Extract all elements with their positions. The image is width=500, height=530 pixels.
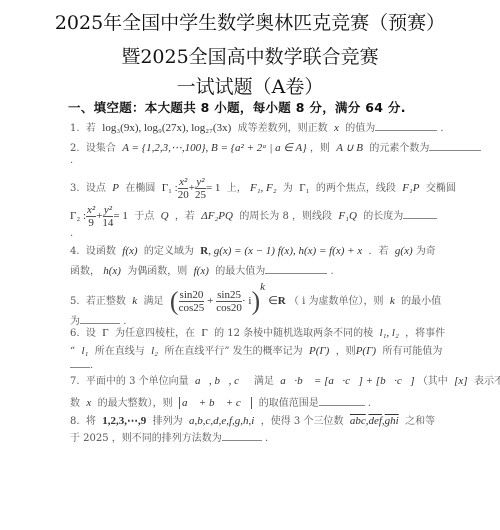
text: 的周长为 8 ，则线段 bbox=[239, 211, 332, 222]
problem-number: 2. bbox=[70, 143, 80, 154]
fraction: x²20 bbox=[178, 176, 189, 201]
math-expression: ∈ bbox=[268, 295, 278, 307]
problem-number: 8. bbox=[70, 416, 80, 427]
problem-number: 6. bbox=[70, 328, 80, 339]
problem-8-line2: 于 2025 ，则不同的排列方法数为 . bbox=[70, 429, 268, 444]
text: 上， bbox=[227, 183, 247, 194]
text: 的定义域为 bbox=[144, 246, 194, 257]
answer-blank bbox=[375, 129, 437, 131]
fraction: y²14 bbox=[102, 204, 113, 229]
math-expression: f(x) bbox=[194, 265, 209, 277]
text: ，将事件 bbox=[405, 328, 445, 339]
math-expression: F₁Q bbox=[338, 210, 357, 222]
problem-4-line1: 4. 设函数 f(x) 的定义域为 R, g(x) = (x − 1) f(x)… bbox=[70, 242, 436, 257]
text: 在椭圆 bbox=[125, 183, 155, 194]
problem-3-line1: 3. 设点 P 在椭圆 Γ₁ :x²20+y²25= 1 上， F₁, F₂ 为… bbox=[70, 176, 456, 201]
math-expression: log₃(9x), log₉(27x), log₂₇(3x) bbox=[102, 122, 231, 134]
text: 若 bbox=[86, 123, 96, 134]
math-expression: ghi bbox=[385, 415, 399, 427]
math-expression: a⃗, b⃗, c⃗ bbox=[195, 375, 248, 387]
text: 平面中的 3 个单位向量 bbox=[86, 376, 189, 387]
math-expression: Γ₁ : bbox=[162, 182, 178, 194]
text: 所在直线平行 bbox=[164, 346, 224, 357]
text: 的取值范围是 bbox=[259, 398, 319, 409]
fraction: sin20cos25 bbox=[179, 289, 205, 314]
fraction: sin25cos20 bbox=[216, 289, 242, 314]
text: 的两个焦点，线段 bbox=[316, 183, 396, 194]
text: 设集合 bbox=[86, 143, 116, 154]
imaginary-unit: · i bbox=[242, 295, 251, 307]
answer-blank bbox=[222, 439, 262, 441]
text: ，则 bbox=[310, 143, 330, 154]
period: . bbox=[440, 123, 443, 134]
math-expression: 1,2,3,⋯,9 bbox=[102, 415, 146, 427]
text: （其中 bbox=[418, 376, 448, 387]
text: 成等差数列，则正数 bbox=[238, 123, 328, 134]
text: 数 bbox=[70, 398, 80, 409]
text: 于 2025 ，则不同的排列方法数为 bbox=[70, 433, 222, 444]
variable: P bbox=[112, 182, 119, 194]
problem-7-line1: 7. 平面中的 3 个单位向量 a⃗, b⃗, c⃗ 满足 a⃗·b⃗ = [a… bbox=[70, 372, 500, 387]
section-heading: 一、填空题：本大题共 8 小题，每小题 8 分，满分 64 分. bbox=[68, 98, 406, 116]
answer-blank bbox=[429, 149, 481, 151]
math-expression: abc bbox=[350, 415, 366, 427]
math-expression: h(x) bbox=[103, 265, 121, 277]
text: 为 bbox=[283, 183, 293, 194]
period: . bbox=[265, 433, 268, 444]
text: 的最小值 bbox=[401, 296, 441, 307]
math-expression: l₂ bbox=[151, 345, 158, 357]
fraction: y²25 bbox=[195, 176, 206, 201]
math-expression: Γ₂ : bbox=[70, 210, 86, 222]
text: 发生的概率记为 bbox=[233, 346, 303, 357]
text: 的最大整数），则 bbox=[98, 398, 173, 409]
text: 将 bbox=[86, 416, 96, 427]
text: 设函数 bbox=[86, 246, 116, 257]
math-expression: , g(x) = (x − 1) f(x), h(x) = f(x) + x bbox=[208, 245, 362, 257]
text: ” bbox=[224, 346, 229, 357]
text: 的长度为 bbox=[363, 211, 403, 222]
math-expression: Γ₁ bbox=[299, 182, 309, 194]
problem-6-line2: “ l₁ 所在直线与 l₂ 所在直线平行” 发生的概率记为 P(Γ) ，则P(Γ… bbox=[70, 342, 442, 357]
math-expression: a,b,c,d,e,f,g,h,i bbox=[189, 415, 254, 427]
problem-number: 4. bbox=[70, 246, 80, 257]
exam-title-line3: 一试试题（A卷） bbox=[0, 72, 500, 99]
variable: k bbox=[390, 295, 395, 307]
variable: x bbox=[86, 397, 91, 409]
text: 表示不超过实 bbox=[474, 376, 500, 387]
math-expression: a⃗ + b⃗ + c⃗ bbox=[179, 397, 252, 409]
math-expression: P(Γ) bbox=[356, 345, 376, 357]
problem-7-line2: 数 x 的最大整数），则 a⃗ + b⃗ + c⃗ 的取值范围是 . bbox=[70, 394, 371, 409]
text: 若正整数 bbox=[86, 296, 126, 307]
period: . bbox=[330, 266, 333, 277]
text: （ i 为虚数单位），则 bbox=[289, 296, 384, 307]
exam-title-line2: 暨2025全国高中数学联合竞赛 bbox=[0, 42, 500, 69]
math-expression: = 1 bbox=[113, 210, 127, 222]
math-expression: F₁, F₂ bbox=[250, 182, 277, 194]
problem-number: 5. bbox=[70, 296, 80, 307]
math-expression: A = {1,2,3,⋯,100}, B = {a² + 2ᵃ | a ∈ A} bbox=[122, 142, 306, 154]
math-expression: ΔF₂PQ bbox=[201, 210, 233, 222]
text: 的值为 bbox=[345, 123, 375, 134]
text: 的最大值为 bbox=[215, 266, 265, 277]
problem-2-end: . bbox=[70, 155, 73, 166]
text: ．若 bbox=[369, 246, 389, 257]
answer-blank bbox=[265, 272, 327, 274]
problem-number: 1. bbox=[70, 123, 80, 134]
text: 之和等 bbox=[405, 416, 435, 427]
math-expression: P(Γ) bbox=[309, 345, 329, 357]
problem-4-line2: 函数， h(x) 为偶函数，则 f(x) 的最大值为 . bbox=[70, 262, 334, 277]
problem-1: 1. 若 log₃(9x), log₉(27x), log₂₇(3x) 成等差数… bbox=[70, 119, 444, 134]
text: 设点 bbox=[86, 183, 106, 194]
math-expression: F₁P bbox=[402, 182, 419, 194]
right-paren: ) bbox=[251, 287, 260, 316]
variable: Q bbox=[161, 210, 169, 222]
math-expression: R bbox=[278, 295, 286, 307]
math-expression: a⃗·b⃗ = [a⃗·c⃗] + [b⃗·c⃗] bbox=[280, 375, 414, 387]
problem-3-line2: Γ₂ :x²9+y²14= 1 于点 Q ，若 ΔF₂PQ 的周长为 8 ，则线… bbox=[70, 204, 437, 229]
problem-2: 2. 设集合 A = {1,2,3,⋯,100}, B = {a² + 2ᵃ |… bbox=[70, 139, 481, 154]
math-expression: Γ bbox=[201, 327, 207, 339]
problem-6-line3: . bbox=[70, 360, 93, 371]
period: . bbox=[368, 398, 371, 409]
fraction: x²9 bbox=[86, 204, 96, 229]
text: 为偶函数，则 bbox=[127, 266, 187, 277]
text: 的 12 条棱中随机选取两条不同的棱 bbox=[214, 328, 373, 339]
text: 所在直线与 bbox=[95, 346, 145, 357]
answer-blank bbox=[319, 404, 365, 406]
math-expression: def bbox=[368, 415, 381, 427]
text: ，使得 3 个三位数 bbox=[261, 416, 344, 427]
text: 函数， bbox=[70, 266, 100, 277]
text: ，则 bbox=[336, 346, 356, 357]
text: 交椭圆 bbox=[426, 183, 456, 194]
text: 满足 bbox=[144, 296, 164, 307]
problem-6-line1: 6. 设 Γ 为任意四棱柱，在 Γ 的 12 条棱中随机选取两条不同的棱 l₁,… bbox=[70, 324, 445, 339]
math-expression: R bbox=[200, 245, 208, 257]
text: 于点 bbox=[134, 211, 154, 222]
text: 设 bbox=[86, 328, 96, 339]
left-paren: ( bbox=[170, 287, 179, 316]
math-expression: = 1 bbox=[206, 182, 220, 194]
math-expression: Γ bbox=[102, 327, 108, 339]
problem-8-line1: 8. 将 1,2,3,⋯,9 排列为 a,b,c,d,e,f,g,h,i ，使得… bbox=[70, 412, 435, 427]
variable: k bbox=[132, 295, 137, 307]
text: 的元素个数为 bbox=[369, 143, 429, 154]
text: “ bbox=[70, 346, 75, 357]
answer-blank bbox=[403, 217, 437, 219]
math-expression: [x] bbox=[454, 375, 467, 387]
period: . bbox=[90, 360, 93, 371]
variable: x bbox=[334, 122, 339, 134]
math-expression: l₁ bbox=[81, 345, 88, 357]
text: 所有可能值为 bbox=[382, 346, 442, 357]
exam-title-line1: 2025年全国中学生数学奥林匹克竞赛（预赛） bbox=[0, 8, 500, 35]
exponent: k bbox=[260, 281, 265, 293]
math-expression: g(x) bbox=[395, 245, 413, 257]
problem-number: 3. bbox=[70, 183, 80, 194]
text: ，若 bbox=[175, 211, 195, 222]
text: 为奇 bbox=[416, 246, 436, 257]
text: 为任意四棱柱，在 bbox=[115, 328, 195, 339]
math-expression: f(x) bbox=[122, 245, 137, 257]
math-expression: A ∪ B bbox=[336, 142, 363, 154]
problem-3-end: . bbox=[70, 228, 73, 239]
math-expression: l₁, l₂ bbox=[380, 327, 399, 339]
text: 满足 bbox=[254, 376, 274, 387]
answer-blank bbox=[70, 366, 90, 368]
problem-number: 7. bbox=[70, 376, 80, 387]
text: 排列为 bbox=[153, 416, 183, 427]
